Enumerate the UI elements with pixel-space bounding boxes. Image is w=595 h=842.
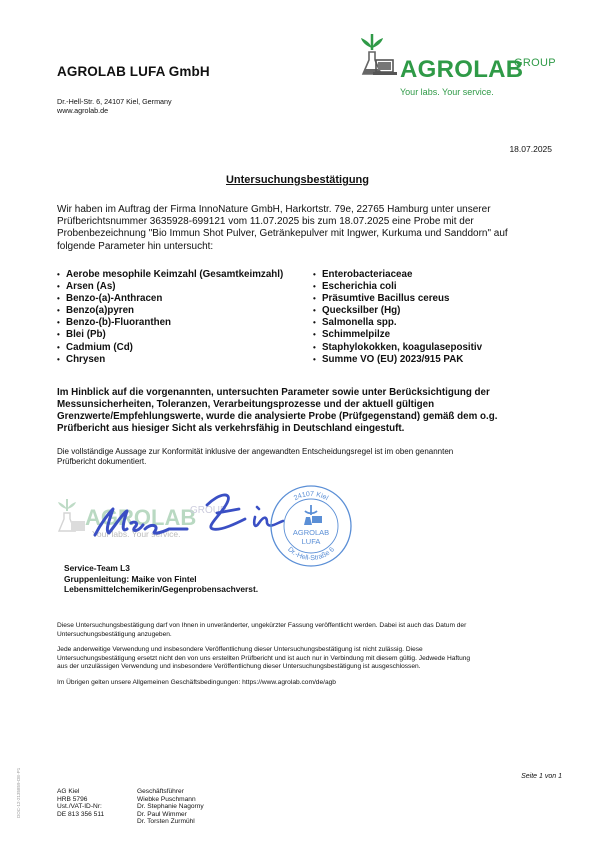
parameter-item: Escherichia coli — [313, 281, 482, 293]
svg-text:24107 Kiel: 24107 Kiel — [293, 491, 330, 502]
conformity-line: Prüfbericht dokumentiert. — [57, 457, 577, 467]
verdict-line: Grenzwerte/Empfehlungswerte, wurde die a… — [57, 411, 577, 423]
parameter-item: Benzo-(a)-Anthracen — [57, 293, 283, 305]
parameter-item: Schimmelpilze — [313, 329, 482, 341]
parameter-item: Chrysen — [57, 354, 283, 366]
intro-line: Probenbezeichnung "Bio Immun Shot Pulver… — [57, 228, 567, 240]
company-name: AGROLAB LUFA GmbH — [57, 64, 210, 79]
stamp-center-line1: AGROLAB — [293, 528, 329, 537]
logo-wordmark: AGROLAB — [400, 56, 523, 84]
parameter-item: Staphylokokken, koagulasepositiv — [313, 342, 482, 354]
legal-paragraph: Diese Untersuchungsbestätigung darf von … — [57, 622, 577, 639]
company-stamp: 24107 Kiel Dr.-Hell-Straße 6 AGROLAB LUF… — [268, 483, 354, 569]
parameter-item: Präsumtive Bacillus cereus — [313, 293, 482, 305]
parameter-item: Benzo(a)pyren — [57, 305, 283, 317]
agrolab-logo: AGROLAB GROUP Your labs. Your service. — [360, 32, 570, 102]
verdict-paragraph: Im Hinblick auf die vorgenannten, unters… — [57, 387, 577, 435]
intro-paragraph: Wir haben im Auftrag der Firma InnoNatur… — [57, 204, 567, 253]
document-code: DOC-12-2135859-DE-P1 — [16, 768, 21, 818]
logo-tagline: Your labs. Your service. — [400, 87, 494, 97]
parameter-item: Quecksilber (Hg) — [313, 305, 482, 317]
parameter-list-right: Enterobacteriaceae Escherichia coli Präs… — [313, 269, 482, 366]
logo-group-label: GROUP — [514, 57, 556, 69]
parameter-item: Aerobe mesophile Keimzahl (Gesamtkeimzah… — [57, 269, 283, 281]
verdict-line: Im Hinblick auf die vorgenannten, unters… — [57, 387, 577, 399]
flask-plant-laptop-icon — [360, 32, 400, 84]
parameter-item: Benzo-(b)-Fluoranthen — [57, 317, 283, 329]
signer-role: Lebensmittelchemikerin/Gegenprobensachve… — [64, 584, 258, 595]
legal-paragraph: Jede anderweitige Verwendung und insbeso… — [57, 646, 577, 672]
svg-text:Dr.-Hell-Straße 6: Dr.-Hell-Straße 6 — [286, 546, 336, 562]
parameter-item: Salmonella spp. — [313, 317, 482, 329]
page-number: Seite 1 von 1 — [521, 773, 562, 780]
verdict-line: Messunsicherheiten, Toleranzen, Verarbei… — [57, 399, 577, 411]
conformity-note: Die vollständige Aussage zur Konformität… — [57, 447, 577, 467]
stamp-top-text: 24107 Kiel — [293, 491, 330, 502]
signer-name: Gruppenleitung: Maike von Fintel — [64, 574, 258, 585]
signer-info: Service-Team L3 Gruppenleitung: Maike vo… — [64, 563, 258, 595]
document-title: Untersuchungsbestätigung — [0, 174, 595, 186]
parameter-item: Blei (Pb) — [57, 329, 283, 341]
parameter-item: Cadmium (Cd) — [57, 342, 283, 354]
intro-line: Wir haben im Auftrag der Firma InnoNatur… — [57, 204, 567, 216]
watermark-flask-icon — [57, 497, 87, 537]
stamp-center-line2: LUFA — [302, 537, 321, 546]
legal-paragraph-agb: Im Übrigen gelten unsere Allgemeinen Ges… — [57, 679, 577, 688]
intro-line: folgende Parameter hin untersucht: — [57, 241, 567, 253]
parameter-item: Summe VO (EU) 2023/915 PAK — [313, 354, 482, 366]
document-date: 18.07.2025 — [509, 144, 552, 154]
registry-info: AG Kiel HRB 5796 Ust./VAT-ID-Nr: DE 813 … — [57, 788, 104, 818]
verdict-line: Prüfbericht aus hiesiger Sicht als verke… — [57, 423, 577, 435]
stamp-bottom-text: Dr.-Hell-Straße 6 — [286, 546, 336, 562]
management-info: Geschäftsführer Wiebke Puschmann Dr. Ste… — [137, 788, 204, 826]
parameter-item: Enterobacteriaceae — [313, 269, 482, 281]
parameter-list-left: Aerobe mesophile Keimzahl (Gesamtkeimzah… — [57, 269, 283, 366]
legal-notes: Diese Untersuchungsbestätigung darf von … — [57, 622, 577, 695]
signer-team: Service-Team L3 — [64, 563, 258, 574]
intro-line: Prüfberichtsnummer 3635928-699121 vom 11… — [57, 216, 567, 228]
parameter-item: Arsen (As) — [57, 281, 283, 293]
address-line: Dr.-Hell-Str. 6, 24107 Kiel, Germany — [57, 97, 172, 106]
website-link: www.agrolab.de — [57, 106, 172, 115]
conformity-line: Die vollständige Aussage zur Konformität… — [57, 447, 577, 457]
company-address: Dr.-Hell-Str. 6, 24107 Kiel, Germany www… — [57, 97, 172, 115]
